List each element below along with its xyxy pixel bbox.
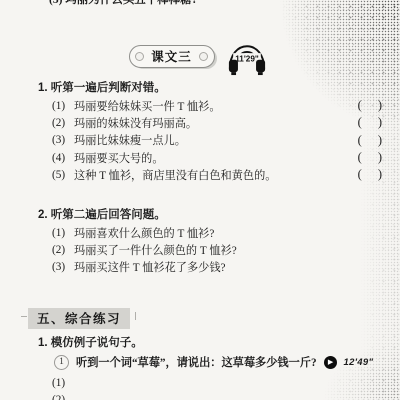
answer-brackets: () bbox=[358, 115, 382, 130]
item-text: 玛丽喜欢什么颜色的 T 恤衫? bbox=[74, 225, 214, 241]
answer-blank-line: (1) bbox=[52, 377, 65, 389]
question-list: (1)玛丽喜欢什么颜色的 T 恤衫? (2)玛丽买了一件什么颜色的 T 恤衫? … bbox=[52, 224, 384, 276]
true-false-item: (4)玛丽要买大号的。 () bbox=[52, 149, 384, 166]
item-number: (3) bbox=[52, 134, 65, 146]
answer-brackets: () bbox=[358, 98, 382, 113]
item-number: (3) bbox=[52, 261, 65, 273]
item-number: (2) bbox=[52, 117, 65, 129]
item-text: 这种 T 恤衫，商店里没有白色和黄色的。 bbox=[74, 167, 276, 183]
item-number: (4) bbox=[52, 152, 65, 164]
question-item: (2)玛丽买了一件什么颜色的 T 恤衫? bbox=[52, 241, 384, 258]
item-text: 玛丽买了一件什么颜色的 T 恤衫? bbox=[74, 242, 237, 258]
answer-blank-line: (2) bbox=[52, 394, 65, 400]
item-text: 玛丽的妹妹没有玛丽高。 bbox=[74, 115, 197, 131]
example-sentence-row: 1 听到一个词“草莓”，请说出：这草莓多少钱一斤? ▶ 12'49" bbox=[54, 354, 373, 370]
headphone-icon: 11'29" bbox=[226, 36, 268, 76]
play-icon: ▶ bbox=[324, 356, 337, 369]
true-false-item: (2)玛丽的妹妹没有玛丽高。 () bbox=[52, 114, 384, 131]
pill-hole-icon bbox=[135, 52, 144, 61]
section5-header-band: 五、综合练习 bbox=[28, 308, 130, 329]
example-text: 听到一个词“草莓”，请说出：这草莓多少钱一斤? bbox=[76, 354, 317, 370]
section1-heading: 1. 听第一遍后判断对错。 bbox=[38, 79, 166, 95]
pill-hole-icon bbox=[199, 52, 208, 61]
true-false-list: (1)玛丽要给妹妹买一件 T 恤衫。 () (2)玛丽的妹妹没有玛丽高。 () … bbox=[52, 97, 384, 183]
item-text: 玛丽要买大号的。 bbox=[74, 150, 164, 166]
lesson-audio-duration: 11'29" bbox=[235, 55, 259, 64]
exercise1-heading: 1. 模仿例子说句子。 bbox=[38, 334, 143, 350]
previous-question-cutoff: (3) 玛丽为什么买五个棒棒糖? bbox=[49, 0, 198, 7]
item-number: (1) bbox=[52, 227, 65, 239]
item-number: (5) bbox=[52, 169, 65, 181]
true-false-item: (3)玛丽比妹妹瘦一点儿。 () bbox=[52, 132, 384, 149]
lesson-title: 课文三 bbox=[151, 47, 192, 65]
answer-brackets: () bbox=[358, 150, 382, 165]
question-item: (3)玛丽买这件 T 恤衫花了多少钱? bbox=[52, 259, 384, 276]
true-false-item: (1)玛丽要给妹妹买一件 T 恤衫。 () bbox=[52, 97, 384, 114]
section2-heading: 2. 听第二遍后回答问题。 bbox=[38, 206, 166, 222]
answer-brackets: () bbox=[358, 167, 382, 182]
true-false-item: (5)这种 T 恤衫，商店里没有白色和黄色的。 () bbox=[52, 166, 384, 183]
example-number-badge: 1 bbox=[54, 355, 69, 370]
item-text: 玛丽要给妹妹买一件 T 恤衫。 bbox=[74, 98, 220, 114]
item-number: (1) bbox=[52, 100, 65, 112]
question-item: (1)玛丽喜欢什么颜色的 T 恤衫? bbox=[52, 224, 384, 241]
item-text: 玛丽买这件 T 恤衫花了多少钱? bbox=[74, 259, 225, 275]
lesson-title-pill: 课文三 bbox=[129, 45, 215, 68]
answer-brackets: () bbox=[358, 133, 382, 148]
item-text: 玛丽比妹妹瘦一点儿。 bbox=[74, 132, 186, 148]
example-audio-duration: 12'49" bbox=[344, 357, 374, 368]
lesson-banner-row: 课文三 11'29" bbox=[0, 36, 398, 76]
item-number: (2) bbox=[52, 244, 65, 256]
